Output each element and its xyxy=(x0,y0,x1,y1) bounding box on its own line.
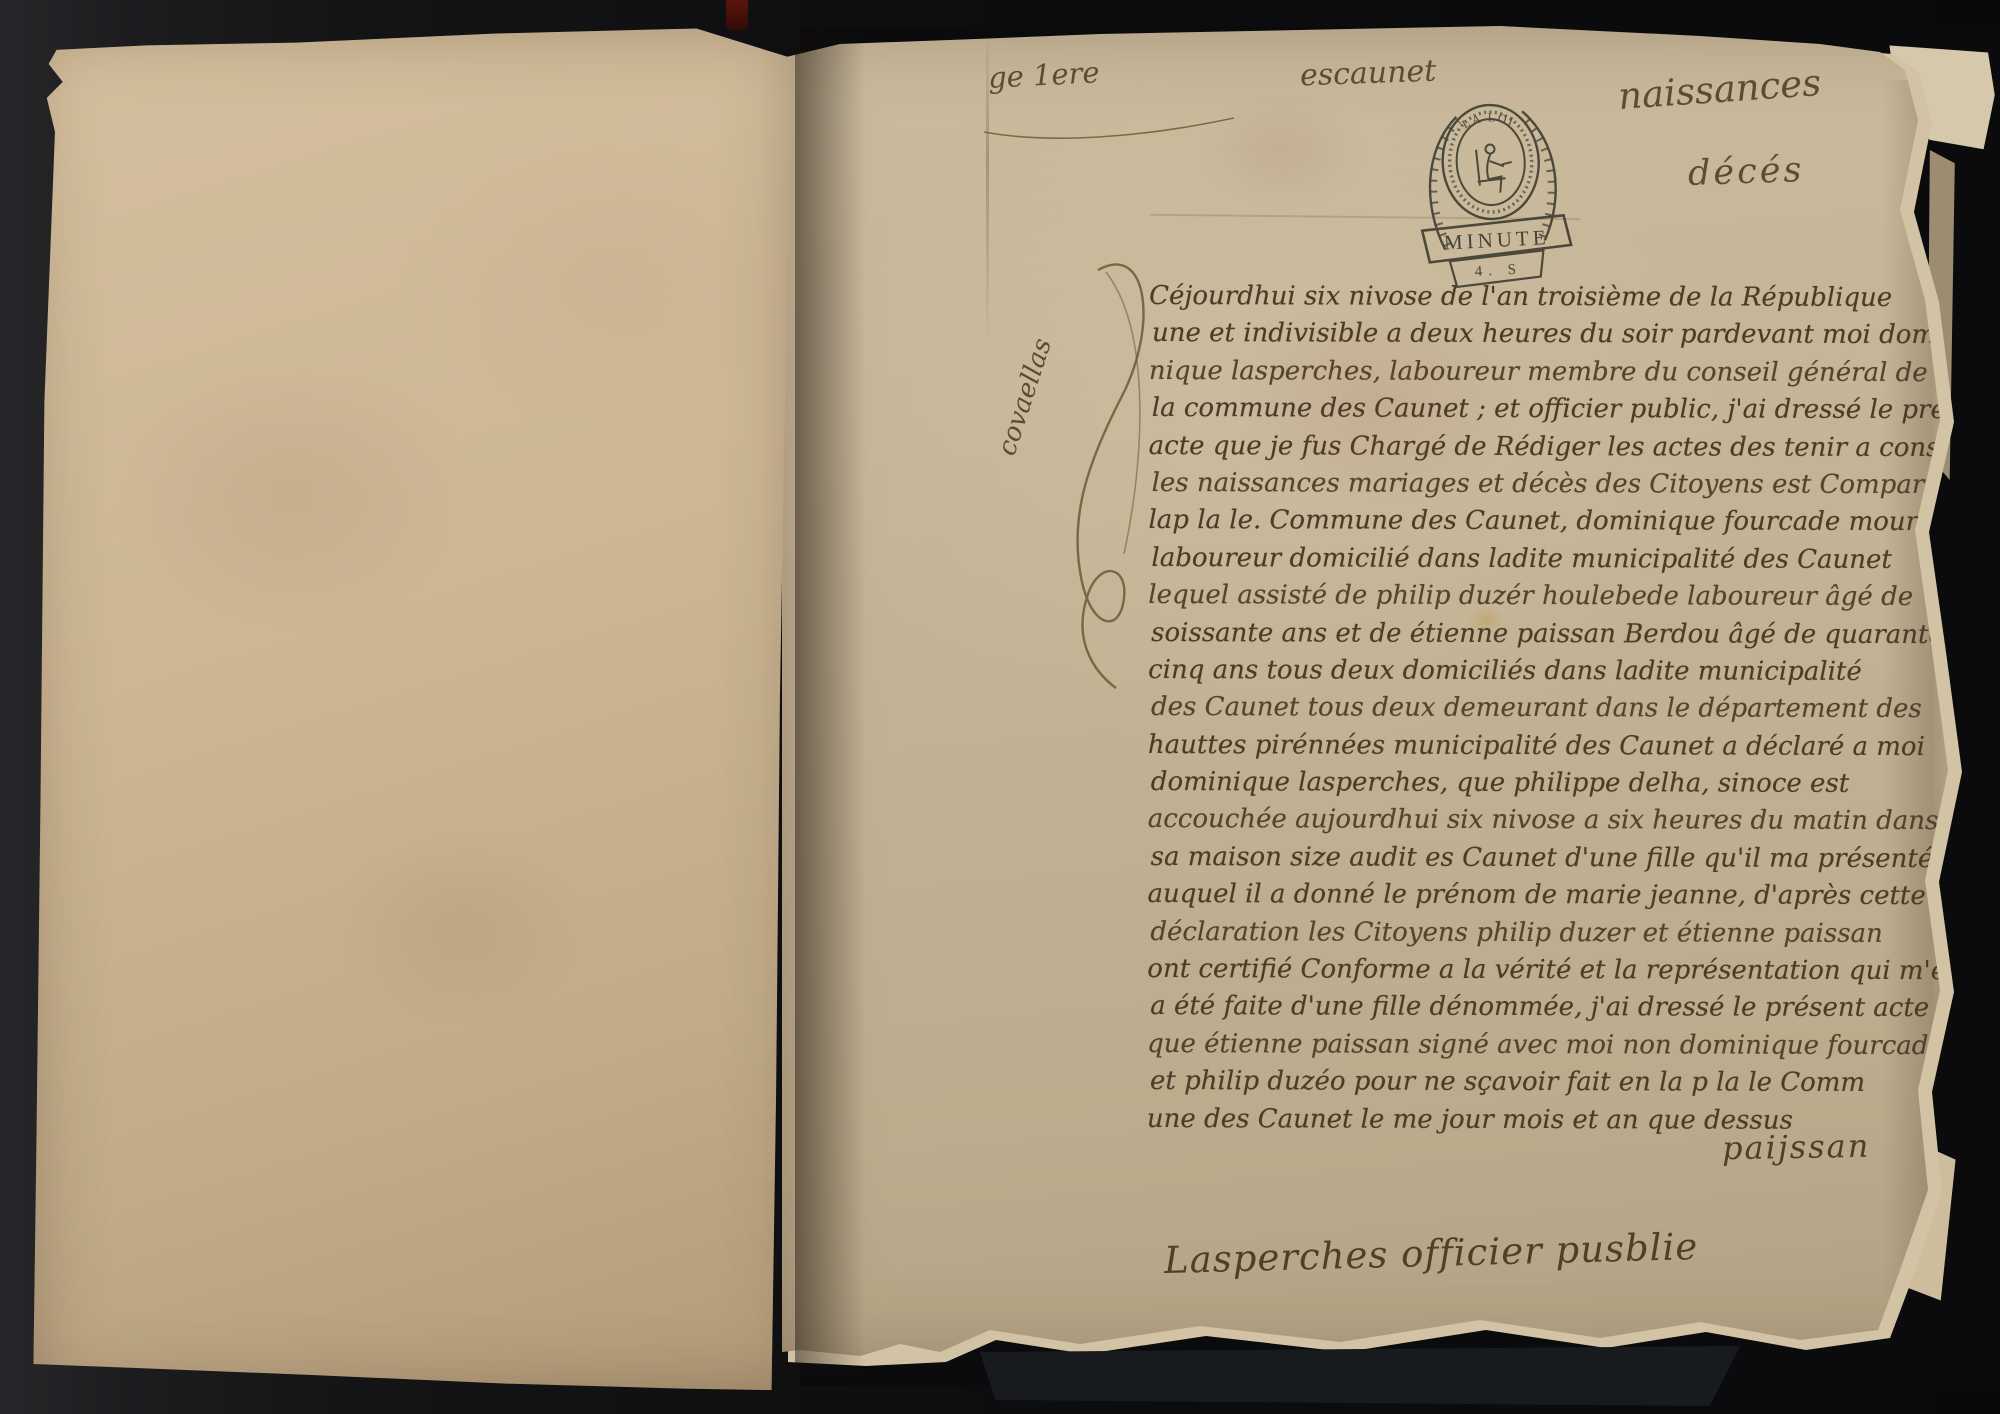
manuscript-line: auquel il a donné le prénom de marie jea… xyxy=(1147,879,1907,918)
manuscript-line: soissante ans et de étienne paissan Berd… xyxy=(1151,618,1911,657)
manuscript-line: cinq ans tous deux domiciliés dans ladit… xyxy=(1148,655,1908,694)
manuscript-line: laboureur domicilié dans ladite municipa… xyxy=(1151,543,1911,582)
register-category-deces: décés xyxy=(1687,150,1805,194)
manuscript-line: que étienne paissan signé avec moi non d… xyxy=(1147,1029,1907,1068)
manuscript-line: a été faite d'une fille dénommée, j'ai d… xyxy=(1150,991,1910,1030)
manuscript-line: la commune des Caunet ; et officier publ… xyxy=(1152,393,1912,432)
manuscript-line: les naissances mariages et décès des Cit… xyxy=(1152,468,1912,507)
shadow-below-page xyxy=(980,1346,1740,1406)
manuscript-scan: ge 1ere escaunet naissances décés covael… xyxy=(0,0,2000,1414)
manuscript-line: déclaration les Citoyens philip duzer et… xyxy=(1150,917,1910,956)
manuscript-line: accouchée aujourdhui six nivose a six he… xyxy=(1148,804,1908,843)
left-blank-sheet xyxy=(24,24,803,1396)
manuscript-line: ont certifié Conforme a la vérité et la … xyxy=(1147,954,1907,993)
witness-signature: paijssan xyxy=(1722,1127,1871,1168)
sheet-edge-shading xyxy=(24,24,803,1396)
manuscript-line: nique lasperches, laboureur membre du co… xyxy=(1149,356,1909,395)
manuscript-line: acte que je fus Chargé de Rédiger les ac… xyxy=(1149,431,1909,470)
page-number-note: ge 1ere xyxy=(987,55,1100,95)
manuscript-line: une et indivisible a deux heures du soir… xyxy=(1152,318,1912,357)
sheet-cast-shadow xyxy=(795,24,865,1370)
manuscript-line: dominique lasperches, que philippe delha… xyxy=(1151,767,1911,806)
manuscript-line: des Caunet tous deux demeurant dans le d… xyxy=(1151,692,1911,731)
stamp-denomination: 4. S xyxy=(1474,262,1522,280)
minute-stamp-emblem-icon: LA LOI MINUTE 4. S xyxy=(1407,78,1578,296)
manuscript-line: sa maison size audit es Caunet d'une fil… xyxy=(1151,842,1911,881)
manuscript-line: lap la le. Commune des Caunet, dominique… xyxy=(1148,505,1908,544)
manuscript-line: et philip duzéo pour ne sçavoir fait en … xyxy=(1150,1066,1910,1105)
manuscript-line: hauttes pirénnées municipalité des Caune… xyxy=(1148,730,1908,769)
paraph-flourish xyxy=(1040,236,1160,696)
right-manuscript-page: ge 1ere escaunet naissances décés covael… xyxy=(782,20,1998,1372)
manuscript-text-block: Céjourdhui six nivose de l'an troisième … xyxy=(1147,281,1909,1143)
annotation-underline-flourish xyxy=(980,106,1240,146)
manuscript-line: lequel assisté de philip duzér houlebede… xyxy=(1148,580,1908,619)
book-spine-mark xyxy=(726,0,748,30)
manuscript-line: Céjourdhui six nivose de l'an troisième … xyxy=(1149,281,1909,320)
